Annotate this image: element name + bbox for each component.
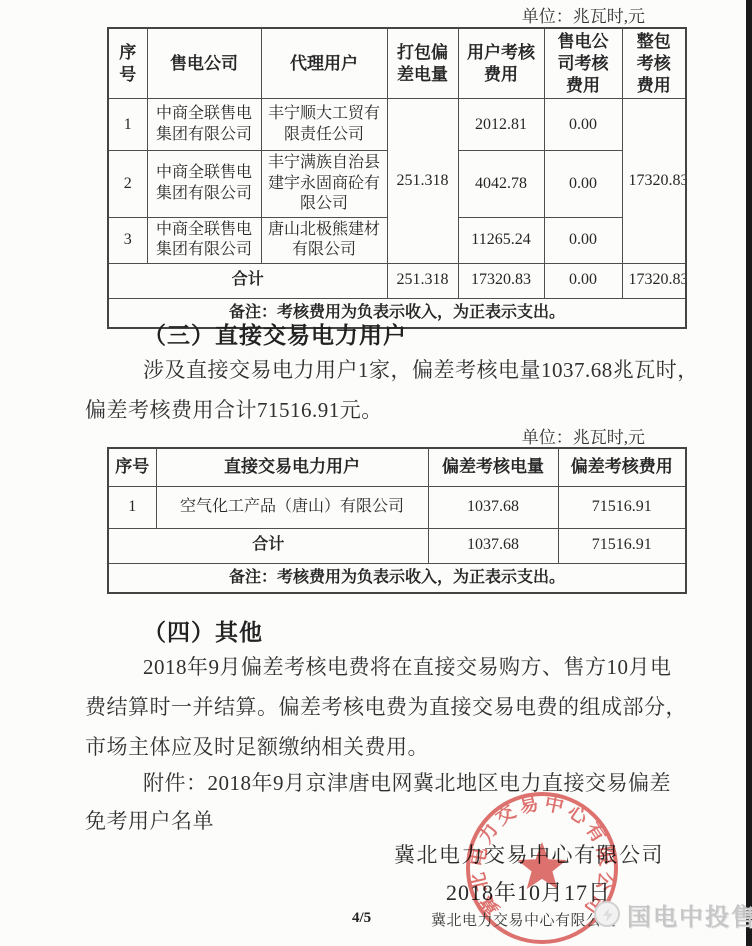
company-fee-cell: 0.00 bbox=[544, 99, 622, 151]
agent-cell: 丰宁满族自治县建宇永固商砼有限公司 bbox=[261, 151, 387, 217]
lightning-logo-icon bbox=[594, 901, 620, 927]
user-name-cell: 空气化工产品（唐山）有限公司 bbox=[156, 486, 428, 528]
table-row: 1 空气化工产品（唐山）有限公司 1037.68 71516.91 bbox=[108, 486, 686, 528]
table-header-row: 序号 直接交易电力用户 偏差考核电量 偏差考核费用 bbox=[108, 448, 686, 486]
agent-cell: 唐山北极熊建材有限公司 bbox=[261, 217, 387, 263]
unit-label-table1: 单位：兆瓦时,元 bbox=[0, 2, 645, 27]
deviation-fee-cell: 71516.91 bbox=[558, 486, 686, 528]
total-volume-cell: 1037.68 bbox=[428, 528, 558, 563]
watermark-text: 国电中投售电 bbox=[627, 897, 752, 932]
screen-edge-bar bbox=[746, 0, 752, 946]
column-header: 用户考核费用 bbox=[458, 28, 544, 99]
company-fee-cell: 0.00 bbox=[544, 151, 622, 217]
column-header: 序号 bbox=[108, 28, 147, 99]
deviation-volume-cell: 1037.68 bbox=[428, 486, 558, 528]
total-row: 合计 251.318 17320.83 0.00 17320.83 bbox=[108, 263, 686, 298]
total-label-cell: 合计 bbox=[108, 528, 428, 563]
row-number-cell: 2 bbox=[108, 151, 147, 217]
paragraph-line: 涉及直接交易电力用户1家，偏差考核电量1037.68兆瓦时， bbox=[143, 354, 699, 384]
note-row: 备注：考核费用为负表示收入，为正表示支出。 bbox=[108, 563, 686, 593]
row-number-cell: 3 bbox=[108, 217, 147, 263]
column-header: 售电公司 bbox=[147, 28, 261, 99]
column-header: 代理用户 bbox=[261, 28, 387, 99]
total-user-fee-cell: 17320.83 bbox=[458, 263, 544, 298]
paragraph-line: 费结算时一并结算。偏差考核电费为直接交易电费的组成部分， bbox=[85, 691, 687, 721]
column-header: 偏差考核费用 bbox=[558, 448, 686, 486]
column-header: 售电公司考核费用 bbox=[544, 28, 622, 99]
total-package-fee-cell: 17320.83 bbox=[622, 263, 686, 298]
signature-date: 2018年10月17日 bbox=[446, 876, 611, 907]
total-packed-volume-cell: 251.318 bbox=[387, 263, 458, 298]
total-company-fee-cell: 0.00 bbox=[544, 263, 622, 298]
column-header: 直接交易电力用户 bbox=[156, 448, 428, 486]
paragraph-line: 偏差考核费用合计71516.91元。 bbox=[85, 394, 383, 424]
table-note: 备注：考核费用为负表示收入，为正表示支出。 bbox=[108, 563, 686, 593]
total-row: 合计 1037.68 71516.91 bbox=[108, 528, 686, 563]
publisher-watermark: 国电中投售电 bbox=[594, 897, 752, 931]
paragraph-line: 2018年9月偏差考核电费将在直接交易购方、售方10月电 bbox=[143, 651, 672, 681]
attachment-line: 免考用户名单 bbox=[85, 805, 214, 835]
column-header: 偏差考核电量 bbox=[428, 448, 558, 486]
packed-volume-cell: 251.318 bbox=[387, 99, 458, 263]
packaged-deviation-table: 序号 售电公司 代理用户 打包偏差电量 用户考核费用 售电公司考核费用 整包考核… bbox=[107, 27, 687, 329]
user-fee-cell: 11265.24 bbox=[458, 217, 544, 263]
attachment-line: 附件：2018年9月京津唐电网冀北地区电力直接交易偏差 bbox=[143, 767, 671, 797]
signature-organization: 冀北电力交易中心有限公司 bbox=[394, 839, 664, 869]
company-cell: 中商全联售电集团有限公司 bbox=[147, 99, 261, 151]
package-fee-cell: 17320.83 bbox=[622, 99, 686, 263]
column-header: 打包偏差电量 bbox=[387, 28, 458, 99]
section-heading-3: （三）直接交易电力用户 bbox=[143, 317, 407, 350]
document-page: 单位：兆瓦时,元 序号 售电公司 代理用户 打包偏差电量 用户考核费用 售电公司… bbox=[0, 0, 752, 946]
total-fee-cell: 71516.91 bbox=[558, 528, 686, 563]
paragraph-line: 市场主体应及时足额缴纳相关费用。 bbox=[85, 731, 429, 761]
column-header: 序号 bbox=[108, 448, 156, 486]
row-number-cell: 1 bbox=[108, 486, 156, 528]
table-row: 1 中商全联售电集团有限公司 丰宁顺大工贸有限责任公司 251.318 2012… bbox=[108, 99, 686, 151]
section-heading-4: （四）其他 bbox=[143, 614, 263, 647]
company-fee-cell: 0.00 bbox=[544, 217, 622, 263]
unit-label-table2: 单位：兆瓦时,元 bbox=[0, 423, 645, 448]
row-number-cell: 1 bbox=[108, 99, 147, 151]
company-cell: 中商全联售电集团有限公司 bbox=[147, 217, 261, 263]
direct-trade-user-table: 序号 直接交易电力用户 偏差考核电量 偏差考核费用 1 空气化工产品（唐山）有限… bbox=[107, 447, 687, 594]
footer-organization: 冀北电力交易中心有限公司 bbox=[431, 909, 617, 930]
agent-cell: 丰宁顺大工贸有限责任公司 bbox=[261, 99, 387, 151]
user-fee-cell: 4042.78 bbox=[458, 151, 544, 217]
company-cell: 中商全联售电集团有限公司 bbox=[147, 151, 261, 217]
column-header: 整包考核费用 bbox=[622, 28, 686, 99]
total-label-cell: 合计 bbox=[108, 263, 387, 298]
table-header-row: 序号 售电公司 代理用户 打包偏差电量 用户考核费用 售电公司考核费用 整包考核… bbox=[108, 28, 686, 99]
page-number: 4/5 bbox=[352, 910, 371, 927]
user-fee-cell: 2012.81 bbox=[458, 99, 544, 151]
